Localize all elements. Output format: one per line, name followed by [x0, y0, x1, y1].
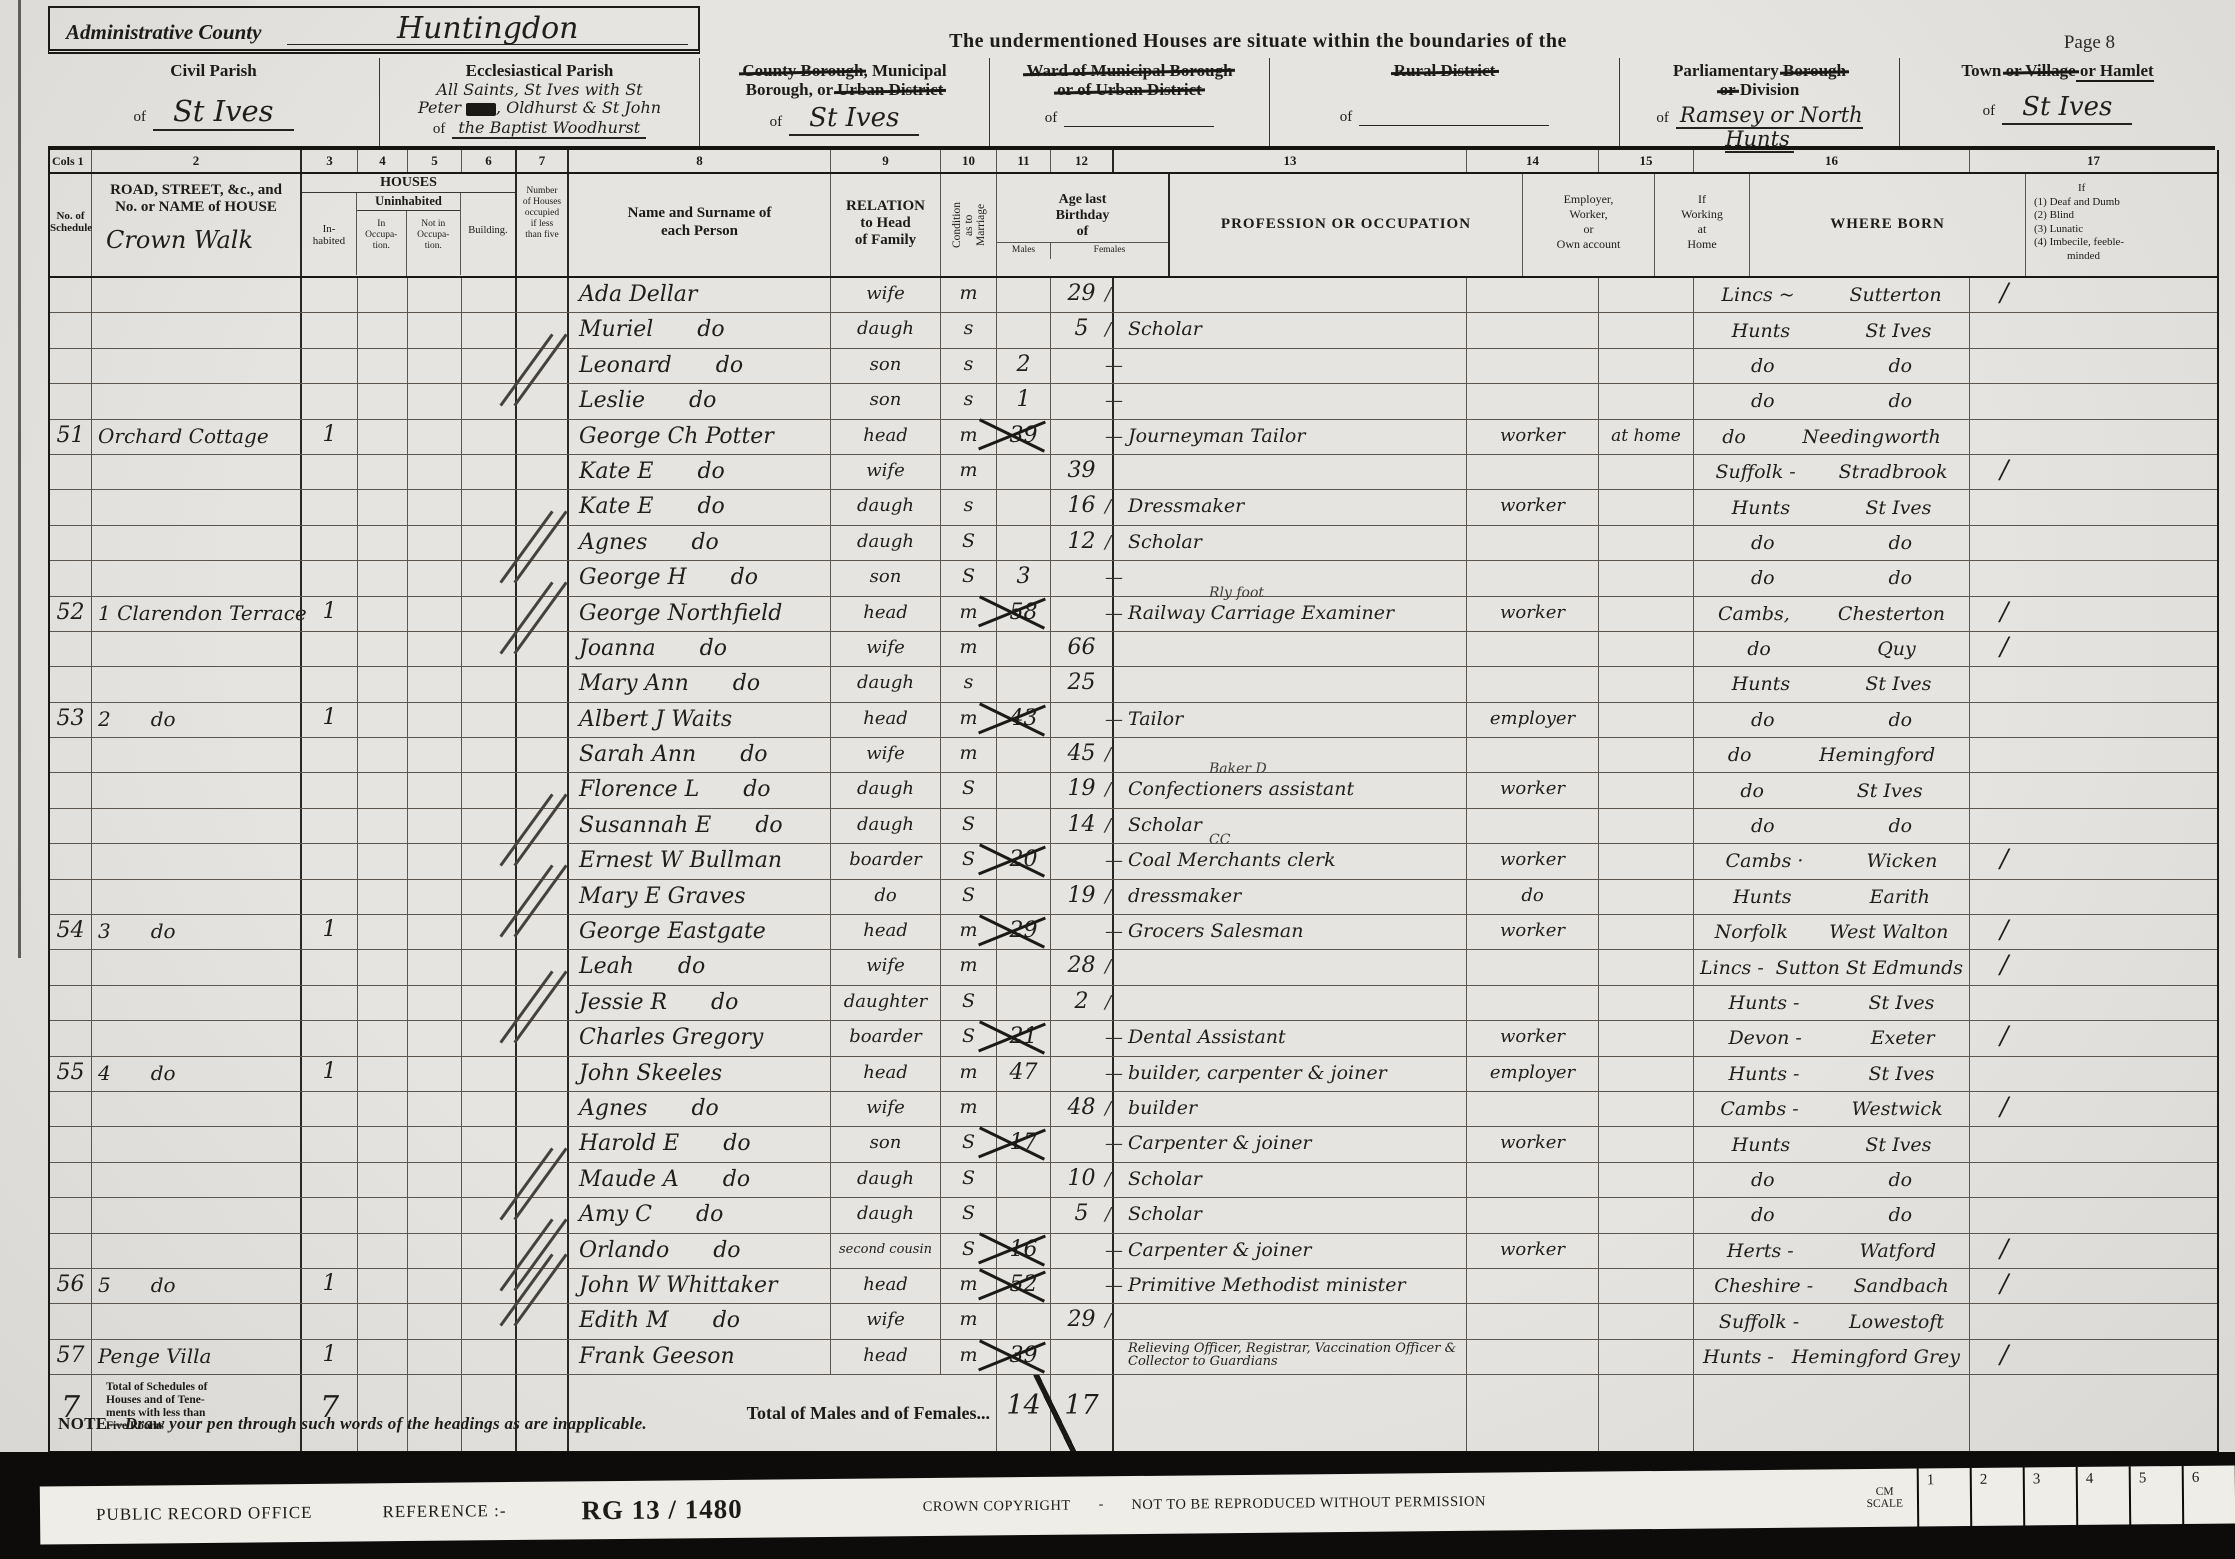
age-male	[997, 278, 1051, 312]
col-number: 15	[1599, 150, 1694, 172]
uninhabited-not-occupation-cell	[408, 915, 462, 949]
age-male	[997, 950, 1051, 984]
building-cell	[462, 844, 517, 878]
schedule-number	[50, 844, 92, 878]
age-male: 29	[997, 915, 1051, 949]
municipal-borough-title: County Borough, MunicipalBorough, or Urb…	[700, 61, 989, 99]
footer-strip: PUBLIC RECORD OFFICE REFERENCE :- RG 13 …	[40, 1465, 2235, 1544]
schedule-number: 53	[50, 703, 92, 737]
scale-cell: 5	[2129, 1466, 2183, 1525]
house-name: 1 Clarendon Terrace	[92, 597, 302, 631]
building-cell	[462, 880, 517, 914]
employer-status: worker	[1467, 773, 1599, 807]
building-header: Building.	[461, 193, 515, 275]
ward-value: of	[990, 109, 1269, 127]
condition-header: Condition as to Marriage	[941, 174, 997, 276]
top-bar: Administrative County Huntingdon The und…	[48, 6, 2215, 58]
inhabited-mark	[302, 738, 358, 772]
occupation: /Scholar	[1114, 809, 1467, 843]
table-row: Kate E do wife m 39 Suffolk -Stradbrook …	[50, 455, 2217, 490]
building-cell	[462, 1163, 517, 1197]
page-number: Page 8	[2064, 32, 2115, 54]
col-number: 4	[358, 150, 408, 172]
column-headers-row: No. of Schedule ROAD, STREET, &c., and N…	[50, 174, 2217, 278]
where-born: Lincs -Sutton St Edmunds	[1694, 950, 1970, 984]
schedule-number: 54	[50, 915, 92, 949]
age-male	[997, 809, 1051, 843]
schedule-number	[50, 809, 92, 843]
marriage-condition: s	[941, 667, 997, 701]
occupation: —Rly footRailway Carriage Examiner	[1114, 597, 1467, 631]
working-at-home-value	[1599, 667, 1694, 701]
age-female	[1051, 1340, 1114, 1374]
building-cell	[462, 420, 517, 454]
municipal-borough-cell: County Borough, MunicipalBorough, or Urb…	[700, 58, 990, 146]
inhabited-mark	[302, 490, 358, 524]
working-at-home-value	[1599, 597, 1694, 631]
age-male	[997, 313, 1051, 347]
house-name	[92, 561, 302, 595]
where-born: dodo	[1694, 1163, 1970, 1197]
building-cell	[462, 1198, 517, 1232]
building-cell	[462, 278, 517, 312]
total-females-value: 17	[1051, 1375, 1114, 1451]
person-name: Muriel do	[569, 313, 831, 347]
employer-status	[1467, 1163, 1599, 1197]
ecclesiastical-parish-line3: ofthe Baptist Woodhurst	[380, 119, 699, 138]
house-name	[92, 632, 302, 666]
inhabited-mark	[302, 1234, 358, 1268]
infirmity-mark: /	[1970, 915, 2217, 949]
building-cell	[462, 667, 517, 701]
infirmity-mark: /	[1970, 597, 2217, 631]
inhabited-mark: 1	[302, 420, 358, 454]
enumerator-mark: /	[1105, 1093, 1111, 1125]
relation-to-head: daugh	[831, 773, 941, 807]
infirmity-mark: /	[1970, 1234, 2217, 1268]
marriage-condition: S	[941, 880, 997, 914]
infirmity-mark	[1970, 986, 2217, 1020]
ward-title: Ward of Municipal Boroughor of Urban Dis…	[990, 61, 1269, 99]
working-at-home-value	[1599, 1021, 1694, 1055]
relation-to-head: son	[831, 384, 941, 418]
empty-cell	[1694, 1375, 1970, 1451]
inhabited-mark	[302, 844, 358, 878]
occupation: —Carpenter & joiner	[1114, 1234, 1467, 1268]
enumerator-mark: /	[1105, 1305, 1111, 1337]
building-cell	[462, 1269, 517, 1303]
employer-status	[1467, 632, 1599, 666]
working-at-home-header: If Working at Home	[1655, 174, 1750, 276]
enumerator-mark: /	[1105, 881, 1111, 913]
person-name: Kate E do	[569, 455, 831, 489]
not-in-occupation-header: Not in Occupa- tion.	[407, 211, 460, 276]
infirmity-mark: /	[1970, 278, 2217, 312]
occupation: /	[1114, 986, 1467, 1020]
empty-cell	[1970, 1375, 2217, 1451]
infirmity-mark	[1970, 349, 2217, 383]
uninhabited-not-occupation-cell	[408, 1304, 462, 1338]
occupation: —	[1114, 384, 1467, 418]
inhabited-mark	[302, 561, 358, 595]
houses-occupied-cell	[517, 1057, 569, 1091]
enumerator-mark: /	[1105, 810, 1111, 842]
table-row: Muriel do daugh s 5 /Scholar HuntsSt Ive…	[50, 313, 2217, 348]
table-row: Florence L do daugh S 19 /Baker DConfect…	[50, 773, 2217, 808]
relation-to-head: daugh	[831, 313, 941, 347]
uninhabited-not-occupation-cell	[408, 809, 462, 843]
age-male	[997, 526, 1051, 560]
house-name: Penge Villa	[92, 1340, 302, 1374]
employer-status	[1467, 1198, 1599, 1232]
marriage-condition: S	[941, 986, 997, 1020]
house-name	[92, 384, 302, 418]
building-cell	[462, 1234, 517, 1268]
person-name: Leslie do	[569, 384, 831, 418]
where-born: doSt Ives	[1694, 773, 1970, 807]
employer-status	[1467, 1092, 1599, 1126]
house-name	[92, 1127, 302, 1161]
employer-status	[1467, 950, 1599, 984]
employer-status: employer	[1467, 703, 1599, 737]
relation-to-head: daughter	[831, 986, 941, 1020]
road-header: ROAD, STREET, &c., and No. or NAME of HO…	[92, 174, 302, 276]
where-born: Suffolk -Stradbrook	[1694, 455, 1970, 489]
occupation: —Primitive Methodist minister	[1114, 1269, 1467, 1303]
uninhabited-not-occupation-cell	[408, 703, 462, 737]
uninhabited-header: Uninhabited In Occupa- tion. Not in Occu…	[357, 193, 461, 275]
working-at-home-value	[1599, 809, 1694, 843]
inhabited-mark	[302, 1163, 358, 1197]
employer-header: Employer, Worker, or Own account	[1523, 174, 1655, 276]
dash: -	[1099, 1497, 1104, 1513]
house-name	[92, 773, 302, 807]
civil-parish-title: Civil Parish	[48, 61, 379, 80]
ecclesiastical-parish-line1: All Saints, St Ives with St	[380, 81, 699, 98]
relation-to-head: boarder	[831, 844, 941, 878]
uninhabited-not-occupation-cell	[408, 986, 462, 1020]
infirmity-mark: /	[1970, 455, 2217, 489]
uninhabited-not-occupation-cell	[408, 490, 462, 524]
person-name: John Skeeles	[569, 1057, 831, 1091]
occupation: —builder, carpenter & joiner	[1114, 1057, 1467, 1091]
marriage-condition: S	[941, 1198, 997, 1232]
reference-label: REFERENCE :-	[382, 1501, 506, 1522]
relation-to-head: daugh	[831, 490, 941, 524]
uninhabited-not-occupation-cell	[408, 526, 462, 560]
enumerator-mark: /	[1105, 279, 1111, 311]
uninhabited-not-occupation-cell	[408, 880, 462, 914]
house-name	[92, 313, 302, 347]
col-number: 16	[1694, 150, 1970, 172]
houses-occupied-header: Number of Houses occupied if less than f…	[517, 174, 569, 276]
scan-edge-line	[18, 0, 21, 958]
building-cell	[462, 809, 517, 843]
house-name	[92, 1304, 302, 1338]
enumerator-mark: /	[1105, 527, 1111, 559]
uninhabited-in-occupation-cell	[358, 561, 408, 595]
schedule-number	[50, 278, 92, 312]
enumerator-mark: /	[1105, 739, 1111, 771]
working-at-home-value	[1599, 1163, 1694, 1197]
table-row: Jessie R do daughter S 2 / Hunts -St Ive…	[50, 986, 2217, 1021]
person-name: Kate E do	[569, 490, 831, 524]
building-cell	[462, 1057, 517, 1091]
table-row: 57 Penge Villa 1 Frank Geeson head m 39 …	[50, 1340, 2217, 1375]
occupation: /	[1114, 738, 1467, 772]
col-number: 9	[831, 150, 941, 172]
where-born: Hunts -St Ives	[1694, 1057, 1970, 1091]
building-cell	[462, 1304, 517, 1338]
road-value: Crown Walk	[92, 226, 300, 254]
occupation-annotation: Baker D	[1209, 762, 1267, 776]
uninhabited-in-occupation-cell	[358, 313, 408, 347]
enumerator-mark: /	[1105, 987, 1111, 1019]
infirmity-mark: /	[1970, 844, 2217, 878]
uninhabited-not-occupation-cell	[408, 1340, 462, 1374]
employer-status	[1467, 384, 1599, 418]
schedule-number: 52	[50, 597, 92, 631]
inhabited-mark	[302, 986, 358, 1020]
inhabited-header: In- habited	[302, 193, 357, 275]
enumerator-mark: /	[1105, 774, 1111, 806]
working-at-home-value	[1599, 1127, 1694, 1161]
schedule-number	[50, 1021, 92, 1055]
inhabited-mark	[302, 1198, 358, 1232]
house-name	[92, 526, 302, 560]
working-at-home-value	[1599, 455, 1694, 489]
age-male	[997, 490, 1051, 524]
person-name: Ada Dellar	[569, 278, 831, 312]
age-male	[997, 455, 1051, 489]
col-number: 13	[1114, 150, 1467, 172]
uninhabited-in-occupation-cell	[358, 1234, 408, 1268]
where-born: Cambs,Chesterton	[1694, 597, 1970, 631]
infirmity-mark: /	[1970, 1092, 2217, 1126]
infirmity-mark	[1970, 1057, 2217, 1091]
where-born: doNeedingworth	[1694, 420, 1970, 454]
marriage-condition: m	[941, 738, 997, 772]
marriage-condition: s	[941, 349, 997, 383]
marriage-condition: s	[941, 313, 997, 347]
infirmity-mark: /	[1970, 1021, 2217, 1055]
col-number: 14	[1467, 150, 1599, 172]
relation-to-head: daugh	[831, 526, 941, 560]
table-row: Mary E Graves do S 19 /dressmaker do Hun…	[50, 880, 2217, 915]
occupation: Relieving Officer, Registrar, Vaccinatio…	[1114, 1340, 1467, 1374]
schedule-number	[50, 632, 92, 666]
age-male	[997, 738, 1051, 772]
reproduction-notice: NOT TO BE REPRODUCED WITHOUT PERMISSION	[1131, 1493, 1486, 1513]
occupation	[1114, 632, 1467, 666]
crown-copyright-label: CROWN COPYRIGHT	[923, 1497, 1071, 1515]
enumerator-mark: —	[1105, 421, 1123, 453]
marriage-condition: s	[941, 490, 997, 524]
table-row: 53 2 do 1 Albert J Waits head m 43 —Tail…	[50, 703, 2217, 738]
uninhabited-in-occupation-cell	[358, 986, 408, 1020]
working-at-home-value	[1599, 384, 1694, 418]
table-row: 54 3 do 1 George Eastgate head m 29 —Gro…	[50, 915, 2217, 950]
schedule-number	[50, 455, 92, 489]
age-male: 43	[997, 703, 1051, 737]
age-group-header: Age last Birthday of Males Females	[997, 174, 1170, 276]
where-born: Suffolk -Lowestoft	[1694, 1304, 1970, 1338]
working-at-home-value	[1599, 986, 1694, 1020]
uninhabited-not-occupation-cell	[408, 455, 462, 489]
uninhabited-in-occupation-cell	[358, 420, 408, 454]
schedule-number	[50, 313, 92, 347]
working-at-home-value	[1599, 738, 1694, 772]
occupation: —Journeyman Tailor	[1114, 420, 1467, 454]
age-male: 2	[997, 349, 1051, 383]
schedule-number	[50, 738, 92, 772]
where-born: HuntsEarith	[1694, 880, 1970, 914]
where-born: HuntsSt Ives	[1694, 1127, 1970, 1161]
schedule-number: 51	[50, 420, 92, 454]
where-born: doHemingford	[1694, 738, 1970, 772]
relation-to-head: wife	[831, 455, 941, 489]
working-at-home-value	[1599, 1198, 1694, 1232]
empty-cell	[1467, 1375, 1599, 1451]
occupation: /Baker DConfectioners assistant	[1114, 773, 1467, 807]
where-born: dodo	[1694, 703, 1970, 737]
age-male: 52	[997, 1269, 1051, 1303]
employer-status	[1467, 1304, 1599, 1338]
employer-status	[1467, 986, 1599, 1020]
relation-to-head: son	[831, 561, 941, 595]
age-male	[997, 1198, 1051, 1232]
uninhabited-not-occupation-cell	[408, 384, 462, 418]
where-born: dodo	[1694, 561, 1970, 595]
col-number: 12	[1051, 150, 1114, 172]
infirmity-mark	[1970, 526, 2217, 560]
age-female: 39	[1051, 455, 1114, 489]
employer-status: worker	[1467, 420, 1599, 454]
administrative-county-value: Huntingdon	[287, 14, 688, 45]
employer-status	[1467, 313, 1599, 347]
census-rows: Ada Dellar wife m 29 / Lincs ~Sutterton …	[50, 278, 2217, 1375]
infirmity-mark	[1970, 313, 2217, 347]
employer-status	[1467, 526, 1599, 560]
uninhabited-not-occupation-cell	[408, 278, 462, 312]
schedule-number	[50, 1234, 92, 1268]
employer-status: worker	[1467, 1127, 1599, 1161]
occupation: /Scholar	[1114, 526, 1467, 560]
enumerator-mark: —	[1105, 845, 1123, 877]
working-at-home-value	[1599, 526, 1694, 560]
occupation: /Dressmaker	[1114, 490, 1467, 524]
enumerator-mark: —	[1105, 350, 1123, 382]
where-born: NorfolkWest Walton	[1694, 915, 1970, 949]
occupation: —Tailor	[1114, 703, 1467, 737]
cm-scale-ruler: 1 2 3 4 5 6	[1917, 1465, 2235, 1526]
house-name	[92, 844, 302, 878]
enumerator-mark: /	[1105, 314, 1111, 346]
total-males-value: 14	[997, 1375, 1051, 1451]
house-name	[92, 455, 302, 489]
inhabited-mark	[302, 1021, 358, 1055]
municipal-borough-value: ofSt Ives	[700, 103, 989, 133]
enumerator-mark: —	[1105, 385, 1123, 417]
col-number: 3	[302, 150, 358, 172]
house-name: Orchard Cottage	[92, 420, 302, 454]
uninhabited-not-occupation-cell	[408, 420, 462, 454]
table-row: 55 4 do 1 John Skeeles head m 47 —builde…	[50, 1057, 2217, 1092]
houses-occupied-cell	[517, 738, 569, 772]
age-male	[997, 773, 1051, 807]
employer-status: worker	[1467, 1234, 1599, 1268]
table-row: Sarah Ann do wife m 45 / doHemingford	[50, 738, 2217, 773]
building-cell	[462, 526, 517, 560]
uninhabited-not-occupation-cell	[408, 1234, 462, 1268]
relation-to-head: wife	[831, 278, 941, 312]
table-row: Charles Gregory boarder S 21 —Dental Ass…	[50, 1021, 2217, 1056]
marriage-condition: s	[941, 384, 997, 418]
house-name	[92, 1163, 302, 1197]
where-born: Cambs ·Wicken	[1694, 844, 1970, 878]
uninhabited-in-occupation-cell	[358, 1021, 408, 1055]
houses-occupied-cell	[517, 384, 569, 418]
uninhabited-in-occupation-cell	[358, 950, 408, 984]
table-row: Amy C do daugh S 5 /Scholar dodo	[50, 1198, 2217, 1233]
employer-status	[1467, 809, 1599, 843]
houses-occupied-cell	[517, 1021, 569, 1055]
uninhabited-not-occupation-cell	[408, 1163, 462, 1197]
occupation: /	[1114, 278, 1467, 312]
undermentioned-heading: The undermentioned Houses are situate wi…	[708, 30, 1808, 53]
age-male	[997, 1163, 1051, 1197]
uninhabited-not-occupation-cell	[408, 738, 462, 772]
parliamentary-title: Parliamentary Boroughor Division	[1620, 61, 1899, 99]
relation-to-head: head	[831, 1269, 941, 1303]
marriage-condition: S	[941, 526, 997, 560]
relation-to-head: head	[831, 703, 941, 737]
age-male	[997, 632, 1051, 666]
house-name	[92, 986, 302, 1020]
enumerator-mark: —	[1105, 1058, 1123, 1090]
person-name: George Northfield	[569, 597, 831, 631]
house-name	[92, 950, 302, 984]
age-male: 47	[997, 1057, 1051, 1091]
building-cell	[462, 349, 517, 383]
building-cell	[462, 632, 517, 666]
working-at-home-value	[1599, 490, 1694, 524]
person-name: Orlando do	[569, 1234, 831, 1268]
schedule-number	[50, 1092, 92, 1126]
working-at-home-value	[1599, 1269, 1694, 1303]
infirmity-mark	[1970, 667, 2217, 701]
table-row: 52 1 Clarendon Terrace 1 George Northfie…	[50, 597, 2217, 632]
relation-to-head: daugh	[831, 1163, 941, 1197]
col-number: 5	[408, 150, 462, 172]
building-cell	[462, 738, 517, 772]
employer-status	[1467, 561, 1599, 595]
infirmity-header: If (1) Deaf and Dumb (2) Blind (3) Lunat…	[2026, 174, 2235, 276]
employer-status: worker	[1467, 597, 1599, 631]
inhabited-mark	[302, 526, 358, 560]
inhabited-mark: 1	[302, 1057, 358, 1091]
uninhabited-not-occupation-cell	[408, 773, 462, 807]
scale-cell: 3	[2023, 1467, 2077, 1526]
person-name: Sarah Ann do	[569, 738, 831, 772]
age-male	[997, 667, 1051, 701]
inhabited-mark	[302, 1304, 358, 1338]
inhabited-mark	[302, 809, 358, 843]
occupation	[1114, 455, 1467, 489]
blotted-word: ████	[466, 103, 496, 116]
where-born: dodo	[1694, 1198, 1970, 1232]
person-name: Edith M do	[569, 1304, 831, 1338]
